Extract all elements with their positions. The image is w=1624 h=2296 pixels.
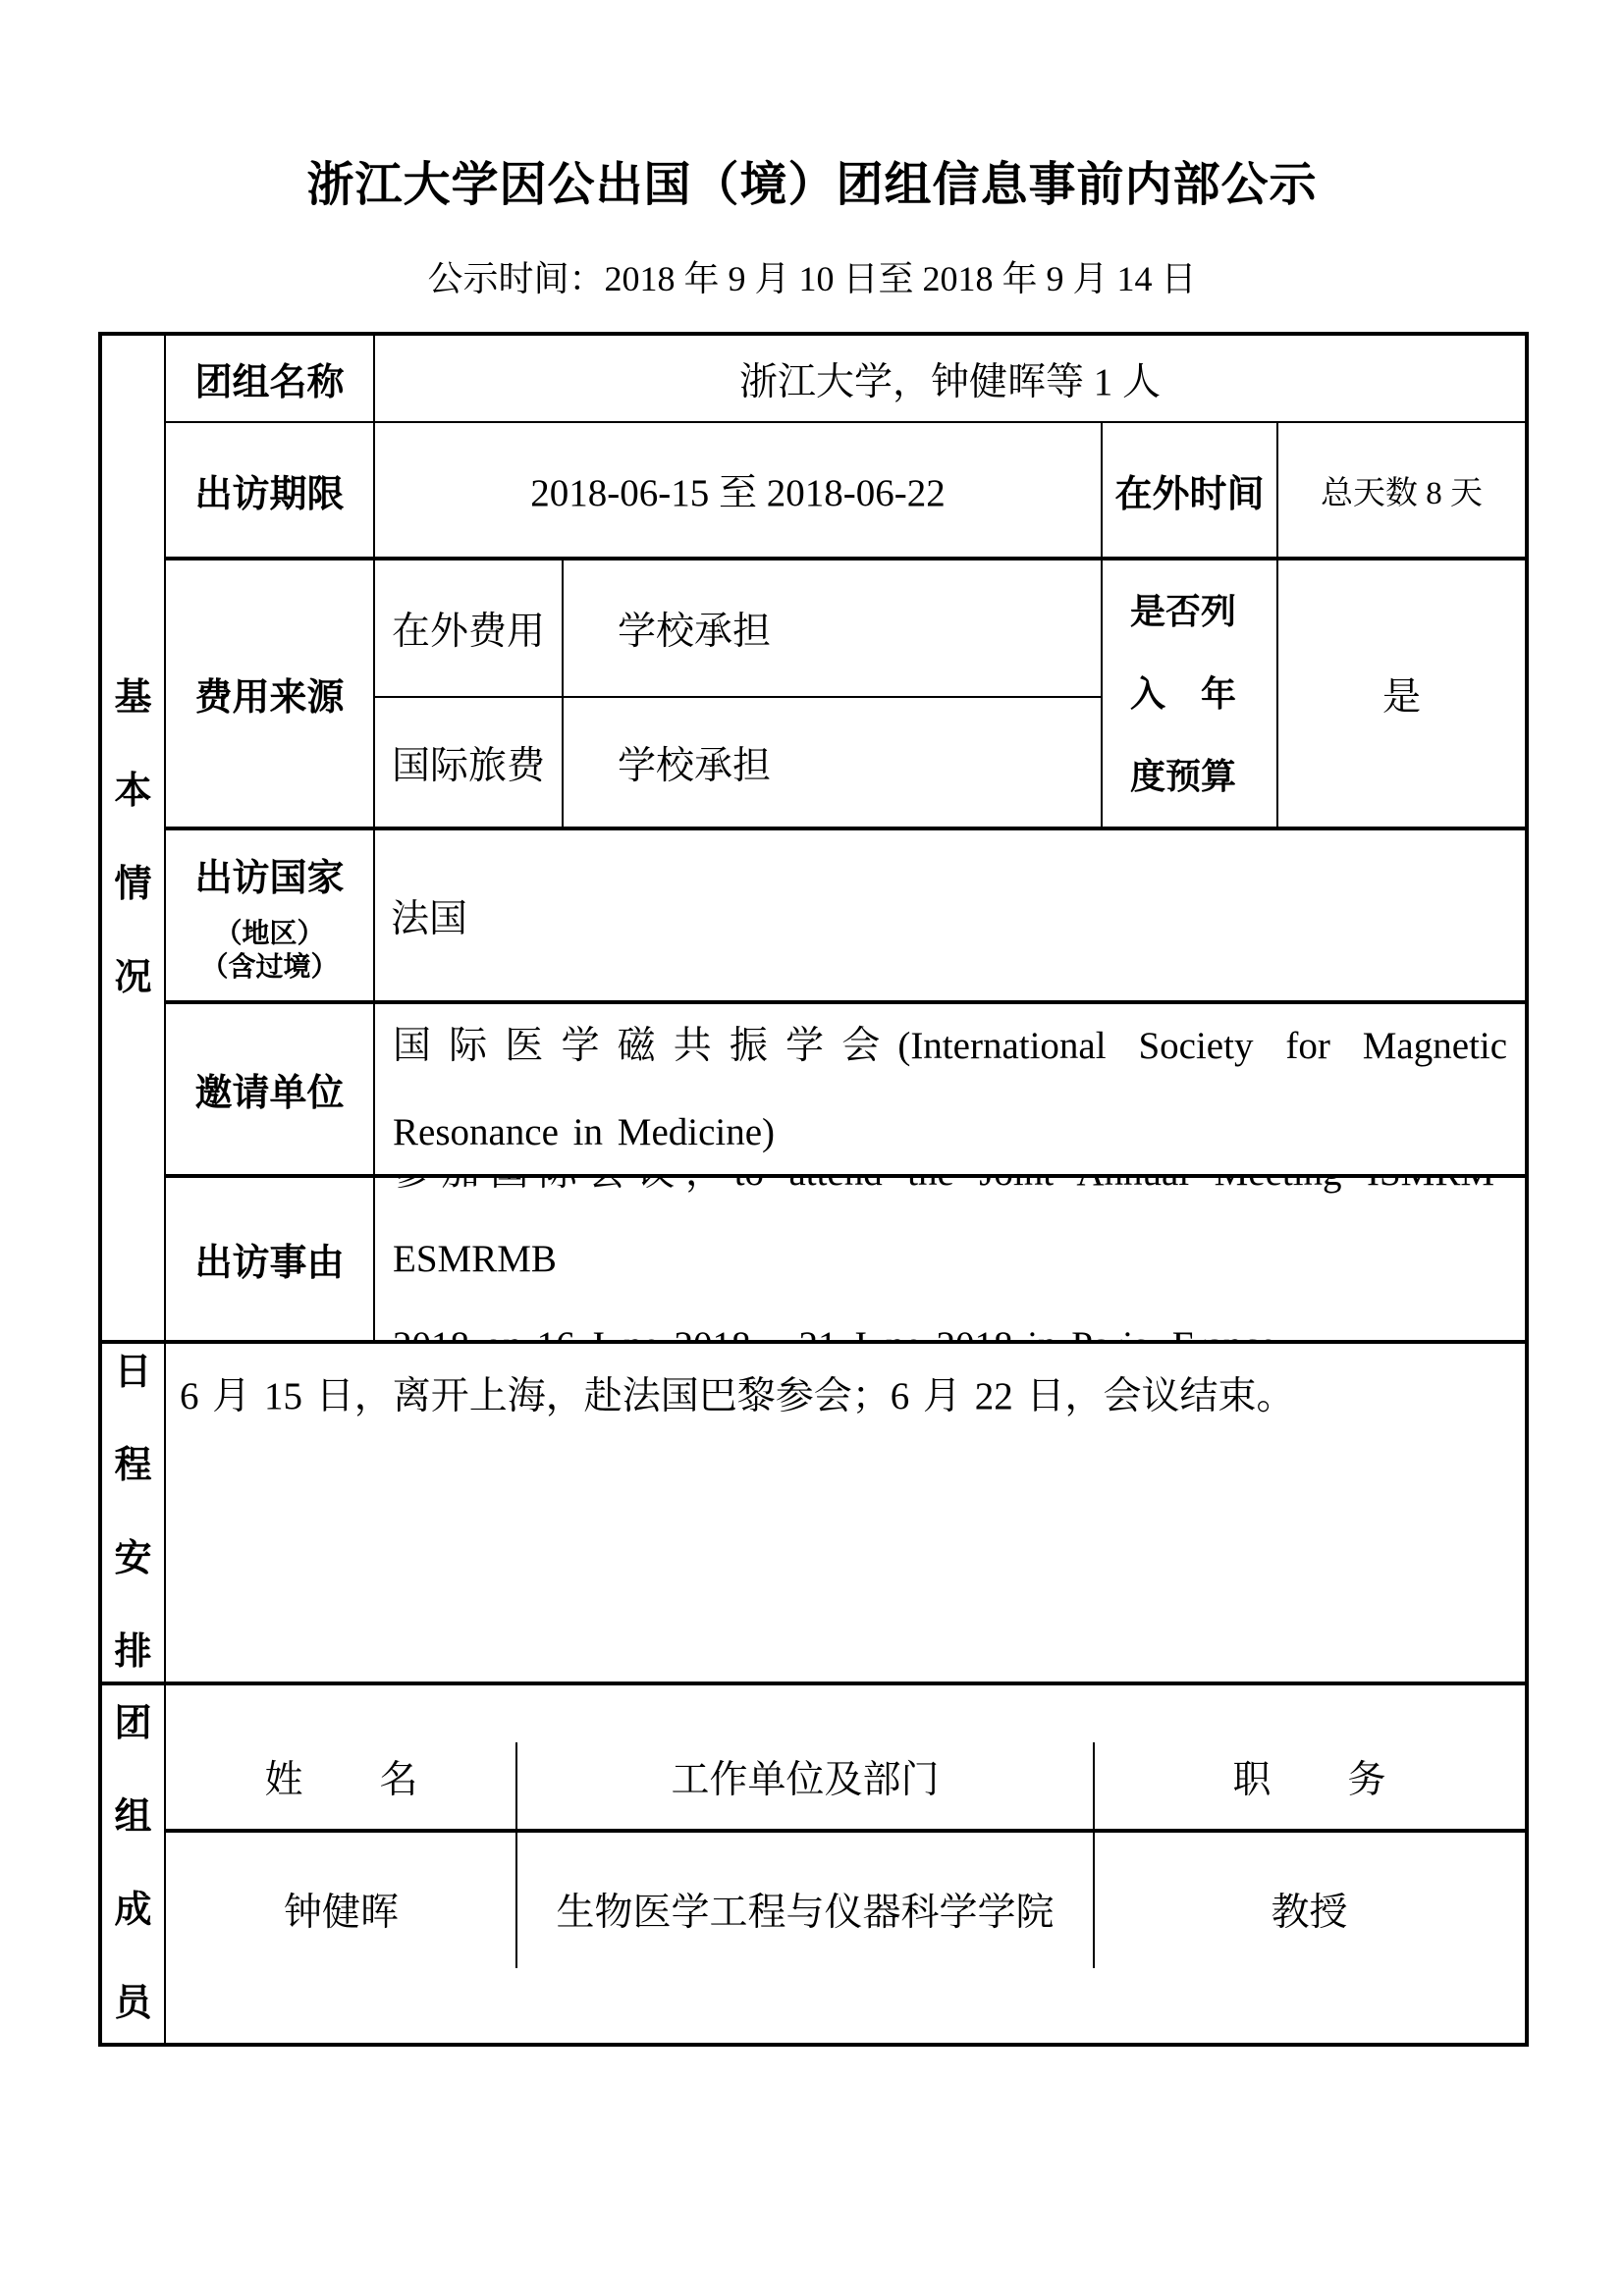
countries-label-sub: （地区） （含过境） xyxy=(200,917,338,984)
reason-value-line2: 2018 on 16 June 2018 – 21 June 2018 in P… xyxy=(393,1303,1507,1345)
time-abroad-label: 在外时间 xyxy=(1103,423,1278,561)
visit-period-value: 2018-06-15 至 2018-06-22 xyxy=(375,423,1103,561)
reason-value-cell: 参加国际会议，to attend the Joint Annual Meetin… xyxy=(375,1178,1525,1344)
info-table: 基本情况 日程安排 团组成员 团组名称 浙江大学，钟健晖等 1 人 出访期限 2… xyxy=(98,332,1529,2047)
section-schedule: 日程安排 xyxy=(102,1344,166,1685)
section-schedule-label: 日程安排 xyxy=(114,1344,153,1685)
budget-label-cell: 是否列 入 年 度预算 xyxy=(1103,561,1278,830)
reason-label: 出访事由 xyxy=(166,1178,375,1344)
reason-value-line1: 参加国际会议，to attend the Joint Annual Meetin… xyxy=(393,1178,1507,1303)
members-header-underline xyxy=(166,1829,1525,1833)
inviter-value-line1: 国际医学磁共振学会(International Society for Magn… xyxy=(393,1004,1507,1090)
member-affiliation: 生物医学工程与仪器科学学院 xyxy=(516,1804,1094,2043)
countries-label: 出访国家 xyxy=(194,847,344,901)
members-data-row: 钟健晖 生物医学工程与仪器科学学院 教授 xyxy=(166,1829,1525,2039)
section-basic-info-label: 基本情况 xyxy=(114,652,153,1025)
members-divider-2 xyxy=(1093,1742,1095,1968)
inviter-value-cell: 国际医学磁共振学会(International Society for Magn… xyxy=(375,1004,1525,1178)
page-title: 浙江大学因公出国（境）团组信息事前内部公示 xyxy=(0,157,1624,214)
fee-source-label: 费用来源 xyxy=(166,561,375,830)
budget-value: 是 xyxy=(1278,561,1525,830)
countries-value: 法国 xyxy=(375,830,1525,1004)
inviter-label: 邀请单位 xyxy=(166,1004,375,1178)
fee-abroad-label: 在外费用 xyxy=(375,561,564,698)
publicity-period: 公示时间：2018 年 9 月 10 日至 2018 年 9 月 14 日 xyxy=(0,257,1624,300)
reason-value: 参加国际会议，to attend the Joint Annual Meetin… xyxy=(375,1178,1525,1344)
visit-period-label: 出访期限 xyxy=(166,423,375,561)
members-table: 姓 名 工作单位及部门 职 务 钟健晖 生物医学工程与仪器科学学院 教授 xyxy=(166,1685,1525,2043)
members-divider-1 xyxy=(515,1742,517,1968)
inviter-value: 国际医学磁共振学会(International Society for Magn… xyxy=(375,1004,1525,1176)
section-members-label: 团组成员 xyxy=(114,1685,153,2043)
total-days-value: 总天数 8 天 xyxy=(1278,423,1525,561)
countries-label-cell: 出访国家 （地区） （含过境） xyxy=(166,830,375,1004)
inviter-value-line2: Resonance in Medicine) xyxy=(393,1090,1507,1176)
group-name-value: 浙江大学，钟健晖等 1 人 xyxy=(375,336,1525,423)
schedule-content: 6 月 15 日，离开上海，赴法国巴黎参会；6 月 22 日，会议结束。 xyxy=(166,1344,1525,1685)
fee-intl-value: 学校承担 xyxy=(564,698,1103,830)
section-members: 团组成员 xyxy=(102,1685,166,2043)
group-name-label: 团组名称 xyxy=(166,336,375,423)
section-basic-info: 基本情况 xyxy=(102,336,166,1344)
fee-abroad-value: 学校承担 xyxy=(564,561,1103,698)
member-name: 钟健晖 xyxy=(166,1804,516,2043)
fee-intl-label: 国际旅费 xyxy=(375,698,564,830)
member-position: 教授 xyxy=(1094,1804,1525,2043)
budget-label: 是否列 入 年 度预算 xyxy=(1103,570,1276,818)
document-page: 浙江大学因公出国（境）团组信息事前内部公示 公示时间：2018 年 9 月 10… xyxy=(0,0,1624,2296)
